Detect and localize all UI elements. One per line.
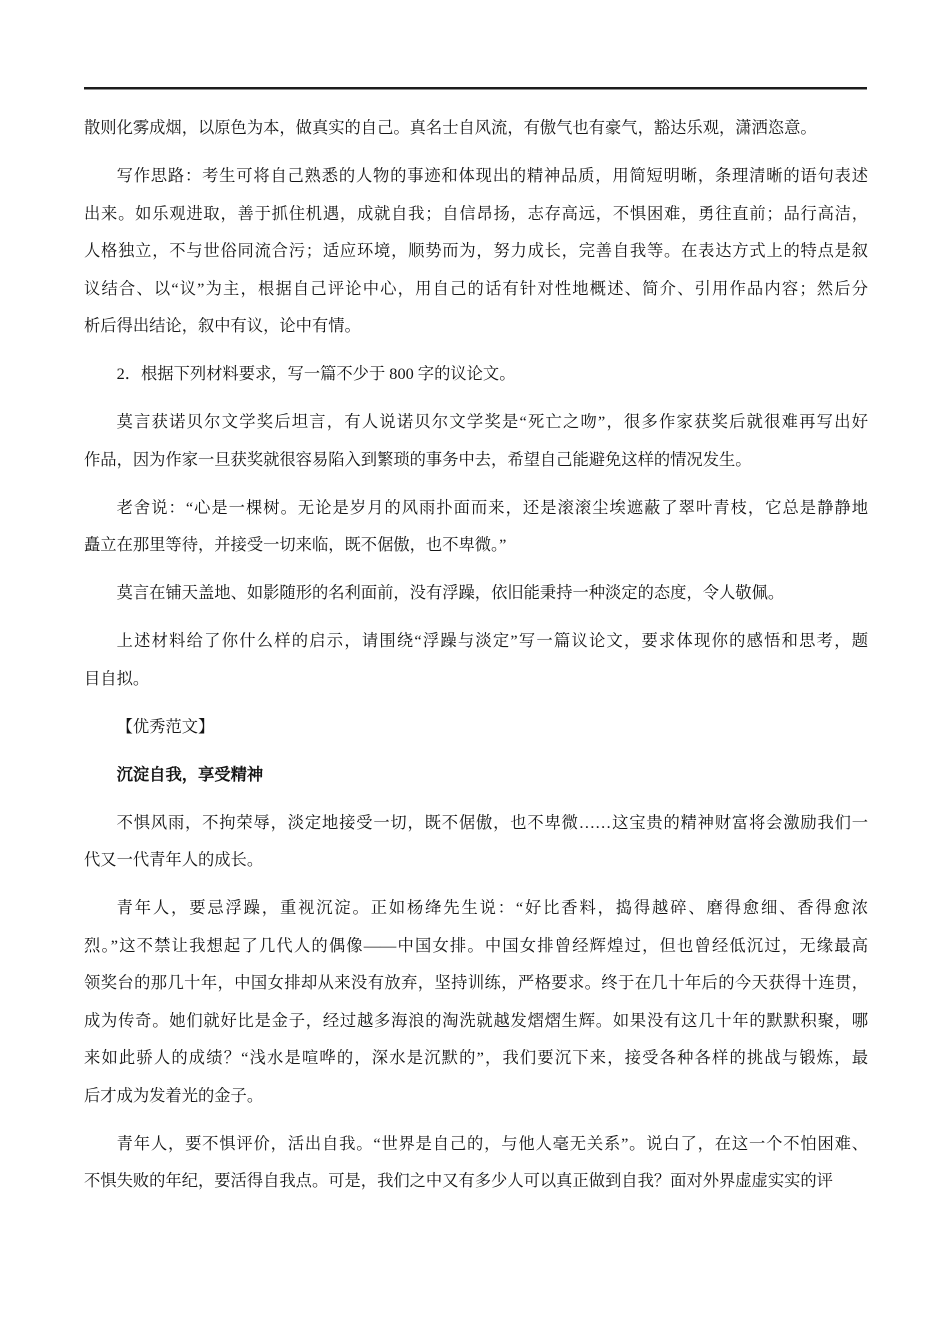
document-page: 散则化雾成烟，以原色为本，做真实的自己。真名士自风流，有傲气也有豪气，豁达乐观，… [0, 0, 950, 1344]
text-line: 莫言在铺天盖地、如影随形的名利面前，没有浮躁，依旧能秉持一种淡定的态度，令人敬佩… [84, 574, 868, 612]
paragraph: 青年人，要不惧评价，活出自我。“世界是自己的，与他人毫无关系”。说白了，在这一个… [84, 1125, 868, 1200]
text-line: 成为传奇。她们就好比是金子，经过越多海浪的淘洗就越发熠熠生辉。如果没有这几十年的… [84, 1002, 868, 1040]
text-line: 议结合、以“议”为主，根据自己评论中心，用自己的话有针对性地概述、简介、引用作品… [84, 270, 868, 308]
paragraph: 莫言获诺贝尔文学奖后坦言，有人说诺贝尔文学奖是“死亡之吻”，很多作家获奖后就很难… [84, 403, 868, 478]
essay-title: 沉淀自我，享受精神 [84, 756, 868, 794]
text-line: 沉淀自我，享受精神 [84, 756, 868, 794]
paragraph: 青年人，要忌浮躁，重视沉淀。正如杨绛先生说：“好比香料，捣得越碎、磨得愈细、香得… [84, 889, 868, 1114]
paragraph: 【优秀范文】 [84, 708, 868, 746]
text-line: 析后得出结论，叙中有议，论中有情。 [84, 307, 868, 345]
text-line: 目自拟。 [84, 660, 868, 698]
text-line: 2．根据下列材料要求，写一篇不少于 800 字的议论文。 [84, 355, 868, 393]
text-line: 散则化雾成烟，以原色为本，做真实的自己。真名士自风流，有傲气也有豪气，豁达乐观，… [84, 109, 868, 147]
paragraph: 2．根据下列材料要求，写一篇不少于 800 字的议论文。 [84, 355, 868, 393]
text-line: 莫言获诺贝尔文学奖后坦言，有人说诺贝尔文学奖是“死亡之吻”，很多作家获奖后就很难… [84, 403, 868, 441]
text-line: 烈。”这不禁让我想起了几代人的偶像——中国女排。中国女排曾经辉煌过，但也曾经低沉… [84, 927, 868, 965]
text-line: 上述材料给了你什么样的启示，请围绕“浮躁与淡定”写一篇议论文，要求体现你的感悟和… [84, 622, 868, 660]
text-line: 矗立在那里等待，并接受一切来临，既不倨傲，也不卑微。” [84, 526, 868, 564]
paragraph: 上述材料给了你什么样的启示，请围绕“浮躁与淡定”写一篇议论文，要求体现你的感悟和… [84, 622, 868, 697]
text-line: 不惧风雨，不拘荣辱，淡定地接受一切，既不倨傲，也不卑微……这宝贵的精神财富将会激… [84, 804, 868, 842]
text-line: 出来。如乐观进取，善于抓住机遇，成就自我；自信昂扬，志存高远，不惧困难，勇往直前… [84, 195, 868, 233]
text-line: 作品，因为作家一旦获奖就很容易陷入到繁琐的事务中去，希望自己能避免这样的情况发生… [84, 441, 868, 479]
text-line: 写作思路：考生可将自己熟悉的人物的事迹和体现出的精神品质，用简短明晰，条理清晰的… [84, 157, 868, 195]
text-line: 人格独立，不与世俗同流合污；适应环境，顺势而为，努力成长，完善自我等。在表达方式… [84, 232, 868, 270]
text-line: 【优秀范文】 [84, 708, 868, 746]
paragraph: 写作思路：考生可将自己熟悉的人物的事迹和体现出的精神品质，用简短明晰，条理清晰的… [84, 157, 868, 345]
document-body: 散则化雾成烟，以原色为本，做真实的自己。真名士自风流，有傲气也有豪气，豁达乐观，… [84, 89, 868, 1210]
text-line: 青年人，要不惧评价，活出自我。“世界是自己的，与他人毫无关系”。说白了，在这一个… [84, 1125, 868, 1163]
text-line: 老舍说：“心是一棵树。无论是岁月的风雨扑面而来，还是滚滚尘埃遮蔽了翠叶青枝，它总… [84, 489, 868, 527]
paragraph: 散则化雾成烟，以原色为本，做真实的自己。真名士自风流，有傲气也有豪气，豁达乐观，… [84, 109, 868, 147]
paragraph: 莫言在铺天盖地、如影随形的名利面前，没有浮躁，依旧能秉持一种淡定的态度，令人敬佩… [84, 574, 868, 612]
paragraph: 老舍说：“心是一棵树。无论是岁月的风雨扑面而来，还是滚滚尘埃遮蔽了翠叶青枝，它总… [84, 489, 868, 564]
text-line: 不惧失败的年纪，要活得自我点。可是，我们之中又有多少人可以真正做到自我？面对外界… [84, 1162, 868, 1200]
text-line: 青年人，要忌浮躁，重视沉淀。正如杨绛先生说：“好比香料，捣得越碎、磨得愈细、香得… [84, 889, 868, 927]
text-line: 领奖台的那几十年，中国女排却从来没有放弃，坚持训练，严格要求。终于在几十年后的今… [84, 964, 868, 1002]
paragraph: 不惧风雨，不拘荣辱，淡定地接受一切，既不倨傲，也不卑微……这宝贵的精神财富将会激… [84, 804, 868, 879]
text-line: 来如此骄人的成绩？“浅水是喧哗的，深水是沉默的”，我们要沉下来，接受各种各样的挑… [84, 1039, 868, 1077]
text-line: 代又一代青年人的成长。 [84, 841, 868, 879]
text-line: 后才成为发着光的金子。 [84, 1077, 868, 1115]
